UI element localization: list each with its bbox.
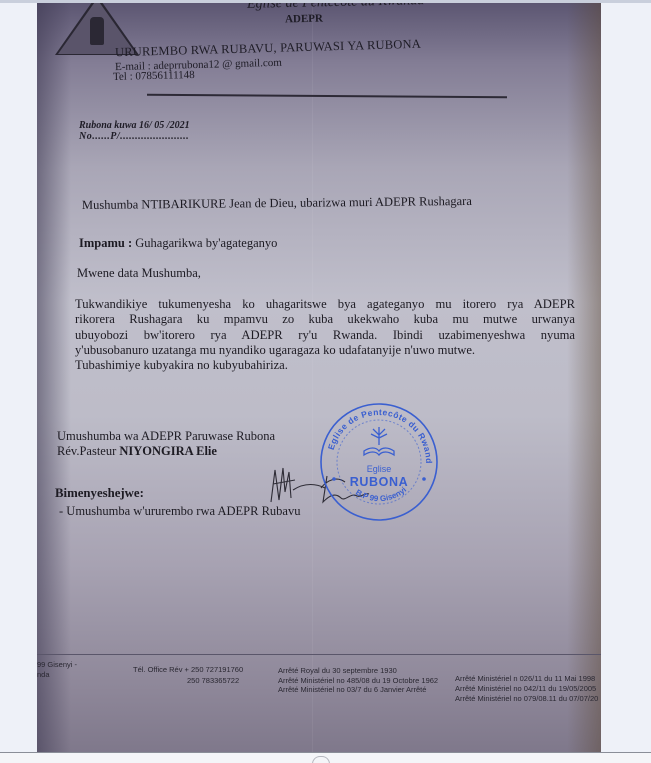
letterhead-acronym: ADEPR xyxy=(285,13,323,26)
stamp-center-name: RUBONA xyxy=(350,475,408,489)
footer-legal-3: Arrêté Ministériel no 03/7 du 6 Janvier … xyxy=(278,685,426,694)
paragraph-line: rikorera Rushagara ku mpamvu zo kuba uke… xyxy=(75,312,575,327)
stamp-book-palm-icon xyxy=(364,427,394,455)
subject-label: Impamu : xyxy=(79,236,132,250)
letter-date: Rubona kuwa 16/ 05 /2021 xyxy=(79,120,190,131)
addressee: Mushumba NTIBARIKURE Jean de Dieu, ubari… xyxy=(82,194,472,213)
paragraph-line: Tubashimiye kubyakira no kubyubahiriza. xyxy=(75,358,575,373)
letterhead-org-name: Eglise de Pentecôte du Rwanda xyxy=(247,3,425,13)
letterhead-tel: Tel : 07856111148 xyxy=(113,69,195,83)
signatory-name: NIYONGIRA Elie xyxy=(119,444,217,458)
paper-crease xyxy=(312,3,313,752)
footer-address-1: 99 Gisenyi - xyxy=(37,660,77,669)
footer-phone-2: 250 783365722 xyxy=(187,676,239,685)
signatory-rank: Rév.Pasteur xyxy=(57,444,119,458)
footer-legal-5: Arrêté Ministériel no 042/11 du 19/05/20… xyxy=(455,684,596,693)
footer-address-2: nda xyxy=(37,670,50,679)
footer-legal-1: Arrêté Royal du 30 septembre 1930 xyxy=(278,666,397,675)
footer-legal-6: Arrêté Ministériel no 079/08.11 du 07/07… xyxy=(455,694,598,703)
church-stamp: Eglise de Pentecôte du Rwanda ADEPR B.P … xyxy=(318,401,440,523)
cross-emblem-icon xyxy=(90,17,104,45)
footer-phone-1: Tél. Office Rév + 250 727191760 xyxy=(133,665,243,674)
cc-heading: Bimenyeshejwe: xyxy=(55,486,144,501)
viewer-scroll-handle[interactable] xyxy=(312,756,330,763)
paragraph-line: ubuyobozi bw'itorero rya ADEPR ry'u Rwan… xyxy=(75,328,575,343)
stamp-center-top: Eglise xyxy=(367,464,392,474)
salutation: Mwene data Mushumba, xyxy=(77,266,201,281)
signatory-title: Umushumba wa ADEPR Paruwase Rubona xyxy=(57,429,275,444)
letterhead-divider xyxy=(147,94,507,99)
paragraph-line: Tukwandikiye tukumenyesha ko uhagaritswe… xyxy=(75,297,575,312)
subject-line: Impamu : Guhagarikwa by'agateganyo xyxy=(79,236,277,251)
footer-divider xyxy=(37,654,601,655)
letter-paragraph: Tukwandikiye tukumenyesha ko uhagaritswe… xyxy=(75,297,575,373)
letter-reference: No......P/....................... xyxy=(79,131,189,142)
paragraph-line: y'ubusobanuro uzatanga mu nyandiko ugara… xyxy=(75,343,575,358)
footer-legal-4: Arrêté Ministériel n 026/11 du 11 Mai 19… xyxy=(455,674,595,683)
subject-text: Guhagarikwa by'agateganyo xyxy=(132,236,277,250)
signatory-name-line: Rév.Pasteur NIYONGIRA Elie xyxy=(57,444,217,459)
footer-legal-2: Arrêté Ministériel no 485/08 du 19 Octob… xyxy=(278,676,438,685)
document-photo: Eglise de Pentecôte du Rwanda ADEPR URUR… xyxy=(37,3,601,752)
